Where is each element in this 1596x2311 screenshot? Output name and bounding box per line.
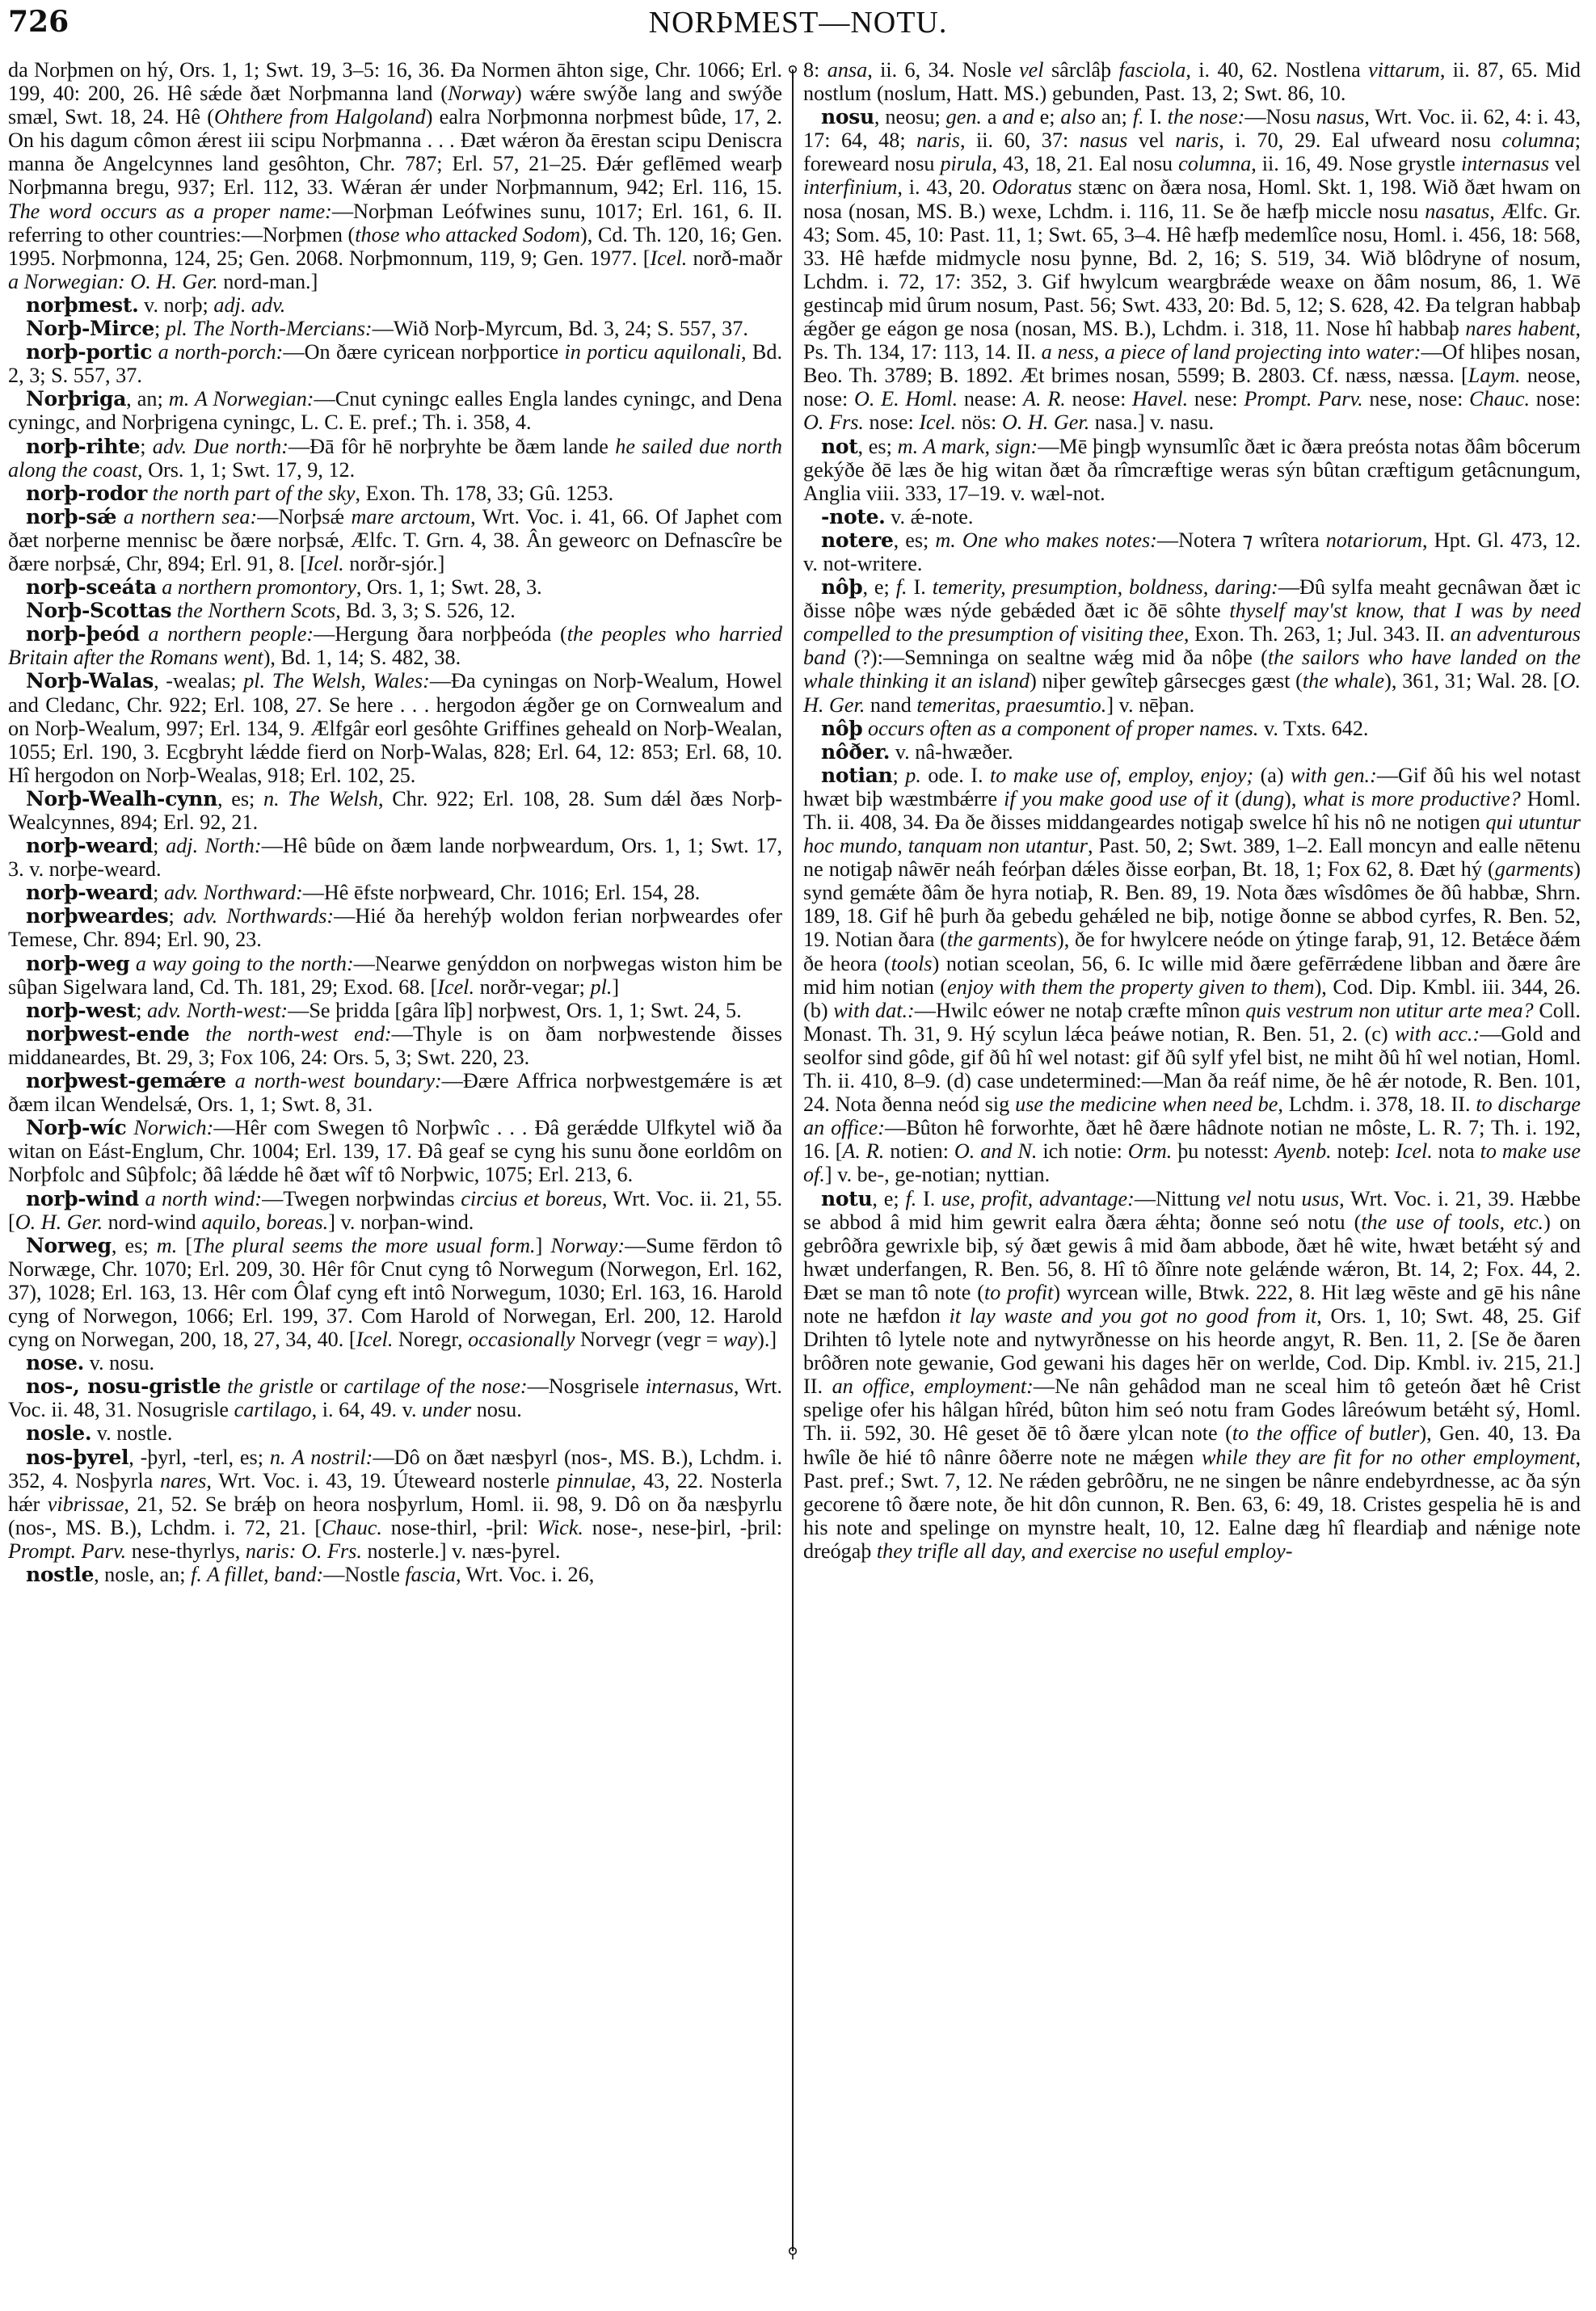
headword: Norþriga [26, 387, 126, 410]
italic-gloss: Norway [448, 82, 515, 105]
entry-text: —Nosu [1244, 105, 1316, 128]
entry-text: , 43, 18, 21. Eal nosu [992, 152, 1178, 175]
entry-continuation: da Norþmen on hý, Ors. 1, 1; Swt. 19, 3–… [8, 58, 782, 293]
italic-gloss: mare arctoum [351, 505, 470, 528]
italic-gloss: the garments [947, 928, 1057, 951]
headword: nôþ [821, 717, 862, 740]
entry-text: nord-man.] [218, 270, 318, 293]
italic-gloss: fasciola [1118, 58, 1185, 82]
entry-text: ).] [757, 1328, 777, 1351]
entry-text: ; [153, 881, 164, 904]
entry-text: , es; [217, 787, 263, 810]
dictionary-entry: norþ-rodor the north part of the sky, Ex… [8, 482, 782, 505]
italic-gloss: O. Frs. [803, 410, 864, 434]
italic-gloss: the north-west end: [205, 1022, 391, 1046]
italic-gloss: O. and N. [954, 1139, 1038, 1163]
entry-text: nosterle.] v. næs-þyrel. [362, 1539, 561, 1563]
italic-gloss: f. [905, 1187, 916, 1210]
entry-text: an; [1096, 105, 1133, 128]
italic-gloss: cartilage of the nose: [343, 1374, 527, 1398]
entry-text: ] v. nēþan. [1106, 693, 1194, 717]
italic-gloss: internasus [1461, 152, 1549, 175]
entry-text: v. nâ-hwæðer. [890, 740, 1013, 764]
italic-gloss: m. A mark, sign: [898, 435, 1038, 458]
entry-text: vel [1127, 128, 1175, 152]
entry-text: I. [907, 575, 933, 599]
headword: norþ-west [26, 999, 136, 1022]
italic-gloss: they trifle all day, and exercise no use… [877, 1539, 1293, 1563]
dictionary-entry: norþ-sceáta a northern promontory, Ors. … [8, 575, 782, 599]
entry-text: , es; [112, 1234, 157, 1257]
italic-gloss: occasionally [468, 1328, 575, 1351]
italic-gloss: adv. Due north: [153, 435, 288, 458]
italic-gloss: quis vestrum non utitur arte mea? [1245, 999, 1533, 1022]
headword: norþ-weg [26, 952, 129, 975]
entry-text: , e; [872, 1187, 905, 1210]
italic-gloss: gen. [946, 105, 982, 128]
italic-gloss: the north part of the sky [153, 482, 356, 505]
dictionary-entry: norþ-portic a north-porch:—On ðære cyric… [8, 340, 782, 387]
italic-gloss: garments [1495, 857, 1573, 881]
italic-gloss: Prompt. Parv. [8, 1539, 126, 1563]
italic-gloss: occurs often as a component of proper na… [868, 717, 1258, 740]
italic-gloss: m. [157, 1234, 177, 1257]
headword: nosle. [26, 1421, 91, 1445]
italic-gloss: a way going to the north: [136, 952, 354, 975]
entry-text: [ [177, 1234, 192, 1257]
italic-gloss: n. The Welsh [263, 787, 378, 810]
entry-text: —Wið Norþ-Myrcum, Bd. 3, 24; S. 557, 37. [373, 317, 748, 340]
italic-gloss: n. A nostril: [270, 1446, 373, 1469]
entry-text: , nosle, an; [94, 1563, 191, 1586]
italic-gloss: pirula [940, 152, 992, 175]
dictionary-entry: nôþ, e; f. I. temerity, presumption, bol… [803, 575, 1581, 717]
italic-gloss: a northern people: [148, 622, 314, 646]
italic-gloss: and [1002, 105, 1034, 128]
entry-text: , i. 70, 29. Eal ufweard nosu [1219, 128, 1501, 152]
headword: nostle [26, 1563, 94, 1586]
headword: norþ-rihte [26, 435, 140, 458]
entry-text: nose: [1530, 387, 1581, 410]
italic-gloss: columna [1178, 152, 1251, 175]
italic-gloss: The word occurs as a proper name: [8, 200, 332, 223]
headword: norþ-portic [26, 340, 152, 364]
italic-gloss: Icel. [650, 246, 687, 270]
italic-gloss: the nose: [1168, 105, 1245, 128]
italic-gloss: Wick. [537, 1516, 583, 1539]
headword: norþ-weard [26, 834, 153, 857]
italic-gloss: aquilo, boreas. [201, 1210, 328, 1234]
italic-gloss: internasus [646, 1374, 734, 1398]
italic-gloss: those who attacked Sodom [355, 223, 580, 246]
dictionary-entry: nos-, nosu-gristle the gristle or cartil… [8, 1374, 782, 1421]
italic-gloss: Icel. [437, 975, 474, 999]
italic-gloss: if you make good use of it [1004, 787, 1228, 810]
entry-text: ), Bd. 1, 14; S. 482, 38. [263, 646, 461, 669]
italic-gloss: under [422, 1398, 471, 1421]
entry-text: nese: [1188, 387, 1244, 410]
italic-gloss: vel [1227, 1187, 1252, 1210]
entry-text: , Exon. Th. 178, 33; Gû. 1253. [356, 482, 614, 505]
entry-text: norðr-vegar; [474, 975, 590, 999]
entry-text: , -wealas; [154, 669, 243, 692]
dictionary-entry: norþweardes; adv. Northwards:—Hié ða her… [8, 904, 782, 951]
entry-text: —Hê ēfste norþweard, Chr. 1016; Erl. 154… [303, 881, 701, 904]
dictionary-entry: norþwest-gemǽre a north-west boundary:—Ð… [8, 1069, 782, 1116]
entry-text: v. nostle. [91, 1421, 172, 1445]
italic-gloss: adj. North: [166, 834, 262, 857]
entry-text: , Wrt. Voc. i. 43, 19. Úteweard nosterle [206, 1469, 557, 1492]
entry-text: ; [140, 435, 153, 458]
entry-text: —Nittung [1135, 1187, 1227, 1210]
italic-gloss: adv. Northward: [164, 881, 303, 904]
italic-gloss: temeritas, praesumtio. [916, 693, 1106, 717]
italic-gloss: vittarum [1368, 58, 1440, 82]
italic-gloss: adj. adv. [213, 293, 285, 317]
entry-text: nosu. [471, 1398, 522, 1421]
entry-text: nese-thyrlys, [126, 1539, 246, 1563]
italic-gloss: Prompt. Parv. [1244, 387, 1362, 410]
italic-gloss: the gristle [227, 1374, 314, 1398]
headword: norþwest-ende [26, 1022, 190, 1046]
headword: nosu [821, 105, 874, 128]
entry-text: , i. 64, 49. v. [312, 1398, 423, 1421]
headword: norþ-weard [26, 881, 153, 904]
italic-gloss: pl. [590, 975, 612, 999]
entry-text: a [982, 105, 1002, 128]
headword: nos-, nosu-gristle [26, 1374, 221, 1398]
headword: norþ-þeód [26, 622, 140, 646]
running-head: NORÞMEST—NOTU. [0, 5, 1596, 40]
headword: not [821, 435, 858, 458]
entry-text: nose-thirl, -þril: [382, 1516, 537, 1539]
italic-gloss: use, profit, advantage: [941, 1187, 1135, 1210]
italic-gloss: it lay waste and you got no good from it [950, 1304, 1317, 1328]
italic-gloss: enjoy with them the property given to th… [947, 975, 1314, 999]
italic-gloss: a north wind: [145, 1187, 262, 1210]
entry-text: nord-wind [103, 1210, 201, 1234]
italic-gloss: circius et boreus [461, 1187, 602, 1210]
italic-gloss: to profit [984, 1281, 1053, 1304]
headword: notere [821, 528, 894, 552]
entry-text: Norvegr (vegr = [575, 1328, 723, 1351]
dictionary-entry: Norþ-Walas, -wealas; pl. The Welsh, Wale… [8, 669, 782, 786]
entry-text: ] v. norþan-wind. [328, 1210, 474, 1234]
entry-text: , ii. 16, 49. Nose grystle [1251, 152, 1461, 175]
entry-text: , i. 43, 20. [897, 175, 992, 199]
italic-gloss: O. E. Homl. [854, 387, 958, 410]
italic-gloss: Havel. [1132, 387, 1188, 410]
headword: norþmest. [26, 293, 139, 317]
headword: nos-þyrel [26, 1446, 128, 1469]
italic-gloss: while they are fit for no other employme… [1202, 1446, 1576, 1469]
entry-text: I. [916, 1187, 941, 1210]
entry-text: —Se þridda [gâra lîþ] norþwest, Ors. 1, … [288, 999, 742, 1022]
italic-gloss: The plural seems the more usual form. [192, 1234, 535, 1257]
entry-text: ), [1284, 787, 1303, 810]
italic-gloss: tools [891, 952, 933, 975]
italic-gloss: Icel. [919, 410, 956, 434]
italic-gloss: pinnulae [557, 1469, 631, 1492]
italic-gloss: also [1060, 105, 1096, 128]
headword: Norþ-Mirce [26, 317, 154, 340]
italic-gloss: Chauc. [322, 1516, 382, 1539]
entry-text: , ii. 60, 37: [960, 128, 1080, 152]
entry-text: , es; [858, 435, 898, 458]
entry-text: ; [136, 999, 147, 1022]
italic-gloss: f. A fillet, band: [191, 1563, 323, 1586]
entry-text [221, 1374, 227, 1398]
italic-gloss: p. [905, 764, 921, 787]
italic-gloss: with acc.: [1395, 1022, 1480, 1046]
column-divider [792, 69, 794, 2251]
italic-gloss: temerity, presumption, boldness, daring: [933, 575, 1278, 599]
italic-gloss: usus [1302, 1187, 1340, 1210]
dictionary-entry: norþ-þeód a northern people:—Hergung ðar… [8, 622, 782, 669]
dictionary-entry: Norþ-wíc Norwich:—Hêr com Swegen tô Norþ… [8, 1116, 782, 1186]
dictionary-entry: norþ-sǽ a northern sea:—Norþsǽ mare arct… [8, 505, 782, 575]
italic-gloss: Icel. [307, 552, 344, 575]
italic-gloss: an office, employment: [832, 1374, 1034, 1398]
italic-gloss: O. H. Ger. [15, 1210, 103, 1234]
italic-gloss: what is more productive? [1303, 787, 1520, 810]
dictionary-entry: Norþ-Scottas the Northern Scots, Bd. 3, … [8, 599, 782, 622]
entry-text: , Ors. 1, 1; Swt. 28, 3. [356, 575, 542, 599]
headword: norþ-wind [26, 1187, 139, 1210]
italic-gloss: Norwich: [133, 1116, 213, 1139]
entry-text: þu notesst: [1172, 1139, 1274, 1163]
italic-gloss: Laym. [1468, 364, 1521, 387]
entry-text: —On ðære cyricean norþportice [283, 340, 564, 364]
dictionary-entry: Norþ-Wealh-cynn, es; n. The Welsh, Chr. … [8, 787, 782, 834]
entry-text: , i. 40, 62. Nostlena [1185, 58, 1368, 82]
entry-text: 8: [803, 58, 827, 82]
headword: norþ-rodor [26, 482, 147, 505]
italic-gloss: vel [1019, 58, 1044, 82]
italic-gloss: dung [1242, 787, 1284, 810]
entry-text [152, 340, 158, 364]
entry-text: nose-, nese-þirl, -þril: [583, 1516, 782, 1539]
italic-gloss: to make use of, employ, enjoy; [990, 764, 1253, 787]
entry-text: , e; [862, 575, 895, 599]
dictionary-entry: norþ-west; adv. North-west:—Se þridda [g… [8, 999, 782, 1022]
dictionary-entry: nôþ occurs often as a component of prope… [803, 717, 1581, 740]
entry-text: , es; [894, 528, 936, 552]
entry-text: nasa.] v. nasu. [1089, 410, 1214, 434]
italic-gloss: adv. North-west: [147, 999, 288, 1022]
entry-text: —Norþsǽ [257, 505, 351, 528]
headword: norþwest-gemǽre [26, 1069, 226, 1092]
entry-text: ( [1228, 787, 1242, 810]
entry-text: e; [1034, 105, 1061, 128]
entry-text: —Hergung ðara norþþeóda ( [314, 622, 567, 646]
headword: nôðer. [821, 740, 890, 764]
dictionary-entry: Norþriga, an; m. A Norwegian:—Cnut cynin… [8, 387, 782, 434]
entry-text: norð-maðr [687, 246, 782, 270]
italic-gloss: O. H. Ger. [1002, 410, 1089, 434]
headword: -note. [821, 505, 886, 528]
dictionary-entry: notu, e; f. I. use, profit, advantage:—N… [803, 1187, 1581, 1564]
entry-continuation: 8: ansa, ii. 6, 34. Nosle vel sârclâþ fa… [803, 58, 1581, 105]
entry-text: sârclâþ [1044, 58, 1119, 82]
headword: norþ-sǽ [26, 505, 116, 528]
italic-gloss: fascia [405, 1563, 456, 1586]
italic-gloss: nasus [1316, 105, 1365, 128]
italic-gloss: the Northern Scots [177, 599, 335, 622]
entry-text: ] v. be-, ge-notian; nyttian. [825, 1163, 1050, 1186]
entry-text [116, 505, 124, 528]
italic-gloss: a north-porch: [158, 340, 284, 364]
dictionary-entry: nosle. v. nostle. [8, 1421, 782, 1445]
italic-gloss: use the medicine when need be [1015, 1092, 1278, 1116]
italic-gloss: a north-west boundary: [235, 1069, 442, 1092]
entry-text [190, 1022, 206, 1046]
dictionary-entry: norþ-wind a north wind:—Twegen norþwinda… [8, 1187, 782, 1234]
italic-gloss: a Norwegian: O. H. Ger. [8, 270, 218, 293]
italic-gloss: Ohthere from Halgoland [214, 105, 426, 128]
entry-text: ich notie: [1037, 1139, 1127, 1163]
entry-text: —Nostle [323, 1563, 405, 1586]
italic-gloss: nasatus [1425, 200, 1489, 223]
italic-gloss: interfinium [803, 175, 897, 199]
headword: notian [821, 764, 892, 787]
italic-gloss: nasus [1080, 128, 1128, 152]
italic-gloss: Icel. [356, 1328, 394, 1351]
divider-ornament-top-icon: ⚲ [785, 65, 800, 79]
right-column: 8: ansa, ii. 6, 34. Nosle vel sârclâþ fa… [803, 58, 1581, 1563]
entry-text: —Nosgrisele [528, 1374, 646, 1398]
dictionary-entry: nosu, neosu; gen. a and e; also an; f. I… [803, 105, 1581, 434]
headword: Norþ-Wealh-cynn [26, 787, 217, 810]
entry-text: , Wrt. Voc. i. 26, [456, 1563, 594, 1586]
entry-text: nös: [956, 410, 1002, 434]
dictionary-entry: norþ-weg a way going to the north:—Nearw… [8, 952, 782, 999]
italic-gloss: Odoratus [992, 175, 1072, 199]
dictionary-entry: norþ-weard; adv. Northward:—Hê ēfste nor… [8, 881, 782, 904]
entry-text: —Ðā fôr hē norþryhte be ðæm lande [288, 435, 615, 458]
dictionary-entry: Norþ-Mirce; pl. The North-Mercians:—Wið … [8, 317, 782, 340]
entry-text: ] [612, 975, 619, 999]
italic-gloss: A. R. [1023, 387, 1066, 410]
italic-gloss: to the office of butler [1232, 1421, 1420, 1445]
italic-gloss: m. One who makes notes: [935, 528, 1156, 552]
entry-text: neose: [1066, 387, 1132, 410]
entry-text: v. norþ; [139, 293, 214, 317]
entry-text: notu [1251, 1187, 1301, 1210]
italic-gloss: the use of tools, etc. [1361, 1210, 1543, 1234]
dictionary-entry: nose. v. nosu. [8, 1351, 782, 1374]
dictionary-entry: notere, es; m. One who makes notes:—Note… [803, 528, 1581, 575]
dictionary-entry: norþwest-ende the north-west end:—Thyle … [8, 1022, 782, 1069]
dictionary-entry: not, es; m. A mark, sign:—Mē þingþ wynsu… [803, 435, 1581, 505]
italic-gloss: Norway: [550, 1234, 625, 1257]
entry-text: —Twegen norþwindas [262, 1187, 461, 1210]
italic-gloss: nares [160, 1469, 206, 1492]
italic-gloss: a northern sea: [124, 505, 257, 528]
entry-text: Noregr, [393, 1328, 468, 1351]
italic-gloss: with gen.: [1291, 764, 1377, 787]
italic-gloss: way [723, 1328, 757, 1351]
headword: norþweardes [26, 904, 168, 928]
entry-text: notien: [884, 1139, 954, 1163]
headword: Norþ-Walas [26, 669, 154, 692]
entry-text: noteþ: [1332, 1139, 1396, 1163]
italic-gloss: Orm. [1128, 1139, 1173, 1163]
entry-text: —Hwilc eówer ne notaþ cræfte mînon [915, 999, 1246, 1022]
headword: Norweg [26, 1234, 112, 1257]
entry-text: ; [154, 317, 166, 340]
italic-gloss: Icel. [1396, 1139, 1433, 1163]
italic-gloss: the whale [1303, 669, 1384, 692]
dictionary-entry: Norweg, es; m. [The plural seems the mor… [8, 1234, 782, 1351]
entry-text: nese, nose: [1363, 387, 1469, 410]
headword: nose. [26, 1351, 84, 1374]
entry-text: nease: [958, 387, 1023, 410]
entry-text [226, 1069, 235, 1092]
entry-text: , Exon. Th. 263, 1; Jul. 343. II. [1184, 622, 1451, 646]
entry-text: vel [1549, 152, 1581, 175]
entry-text: —Notera ⁊ wrîtera [1157, 528, 1326, 552]
italic-gloss: Ayenb. [1274, 1139, 1332, 1163]
entry-text: nose: [864, 410, 919, 434]
italic-gloss: ansa [827, 58, 867, 82]
entry-text: , ii. 6, 34. Nosle [867, 58, 1019, 82]
italic-gloss: naris: O. Frs. [246, 1539, 362, 1563]
entry-text: v. nosu. [84, 1351, 154, 1374]
italic-gloss: with dat.: [833, 999, 915, 1022]
italic-gloss: cartilago [234, 1398, 312, 1421]
dictionary-entry: notian; p. ode. I. to make use of, emplo… [803, 764, 1581, 1187]
italic-gloss: m. A Norwegian: [169, 387, 314, 410]
entry-text: ; [168, 904, 183, 928]
dictionary-entry: norþ-rihte; adv. Due north:—Ðā fôr hē no… [8, 435, 782, 482]
italic-gloss: f. [1133, 105, 1144, 128]
italic-gloss: notariorum [1326, 528, 1422, 552]
entry-text: , neosu; [874, 105, 946, 128]
entry-text: ] [536, 1234, 551, 1257]
entry-text: nand [865, 693, 916, 717]
dictionary-entry: norþ-weard; adj. North:—Hê bûde on ðæm l… [8, 834, 782, 881]
entry-text: v. Txts. 642. [1258, 717, 1368, 740]
entry-text: (?):—Semninga on sealtne wǽg mid ða nôþe… [845, 646, 1267, 669]
italic-gloss: Chauc. [1469, 387, 1530, 410]
italic-gloss: columna [1502, 128, 1575, 152]
entry-text [129, 952, 135, 975]
italic-gloss: a northern promontory [162, 575, 356, 599]
entry-text: or [314, 1374, 344, 1398]
entry-text: ), 361, 31; Wal. 28. [ [1384, 669, 1560, 692]
entry-text: , an; [126, 387, 169, 410]
italic-gloss: naris [916, 128, 960, 152]
entry-text: , Lchdm. i. 378, 18. II. [1278, 1092, 1476, 1116]
entry-text [140, 622, 149, 646]
dictionary-entry: nos-þyrel, -þyrl, -terl, es; n. A nostri… [8, 1446, 782, 1563]
italic-gloss: nares habent [1465, 317, 1575, 340]
divider-ornament-bottom-icon: ⚲ [785, 2246, 800, 2261]
italic-gloss: in porticu aquilonali [564, 340, 740, 364]
dictionary-entry: nostle, nosle, an; f. A fillet, band:—No… [8, 1563, 782, 1586]
entry-text: , Ors. 1, 1; Swt. 17, 9, 12. [137, 458, 355, 482]
italic-gloss: vibrissae [48, 1492, 124, 1516]
dictionary-entry: norþmest. v. norþ; adj. adv. [8, 293, 782, 317]
italic-gloss: a ness, a piece of land projecting into … [1042, 340, 1421, 364]
entry-text: I. [1144, 105, 1168, 128]
dictionary-entry: -note. v. ǽ-note. [803, 505, 1581, 528]
italic-gloss: A. R. [842, 1139, 884, 1163]
dictionary-entry: nôðer. v. nâ-hwæðer. [803, 740, 1581, 764]
left-column: da Norþmen on hý, Ors. 1, 1; Swt. 19, 3–… [8, 58, 782, 1586]
headword: notu [821, 1187, 872, 1210]
